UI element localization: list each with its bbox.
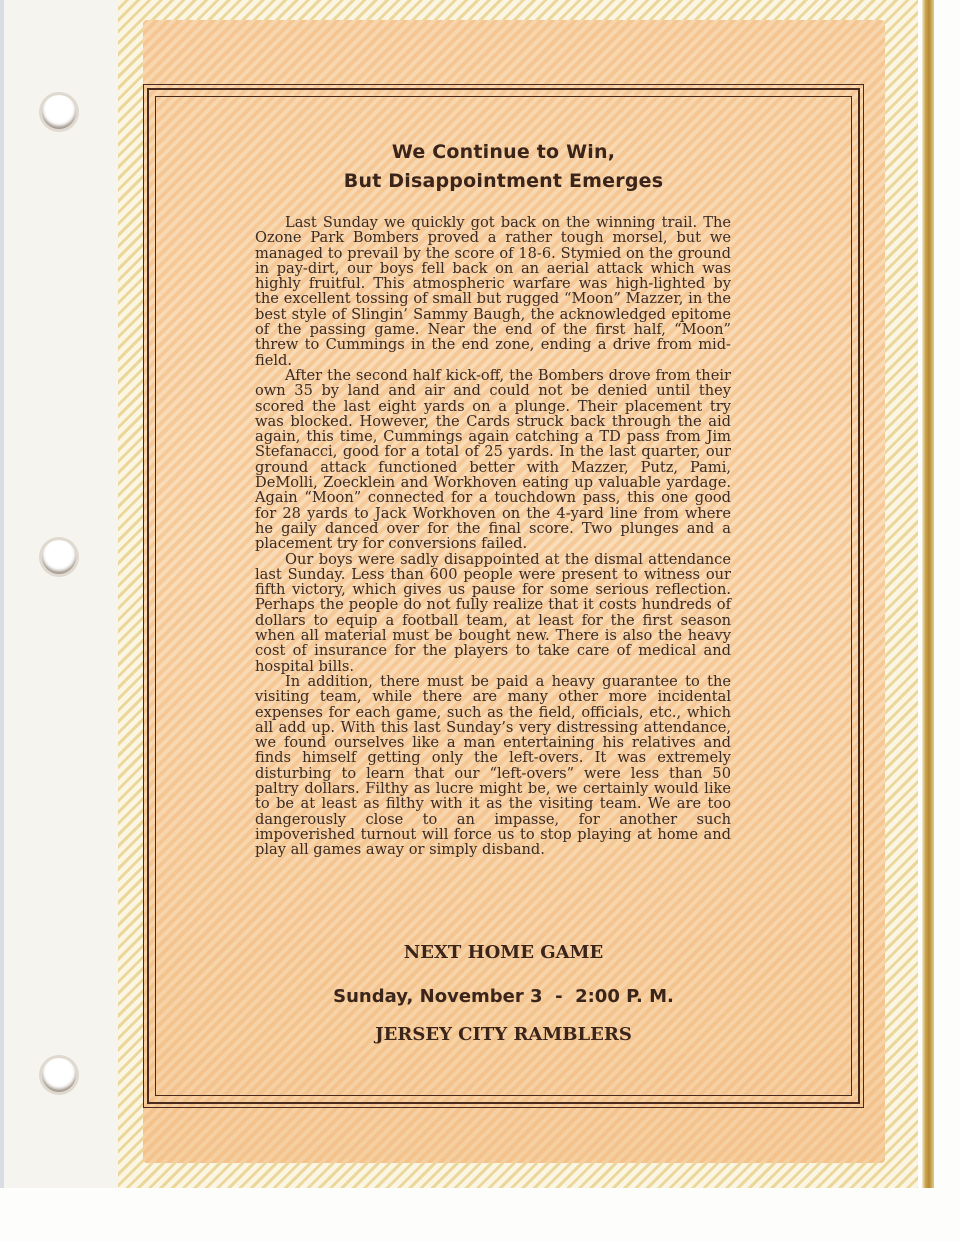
article-body: Last Sunday we quickly got back on the w… — [255, 215, 731, 857]
next-game-datetime: Sunday, November 3 - 2:00 P. M. — [147, 986, 860, 1007]
headline-line-2: But Disappointment Emerges — [147, 170, 860, 192]
binder-hole-icon — [42, 1058, 76, 1092]
article-paragraph: Last Sunday we quickly got back on the w… — [255, 215, 731, 368]
next-game-heading: NEXT HOME GAME — [147, 942, 860, 963]
article-paragraph: In addition, there must be paid a heavy … — [255, 674, 731, 858]
binder-hole-icon — [42, 95, 76, 129]
binder-hole-icon — [42, 540, 76, 574]
next-game-opponent: JERSEY CITY RAMBLERS — [147, 1024, 860, 1045]
article-paragraph: Our boys were sadly disappointed at the … — [255, 552, 731, 674]
gold-page-edge — [922, 0, 934, 1188]
headline-line-1: We Continue to Win, — [147, 141, 860, 163]
article-paragraph: After the second half kick-off, the Bomb… — [255, 368, 731, 552]
binder-strip — [0, 0, 118, 1188]
